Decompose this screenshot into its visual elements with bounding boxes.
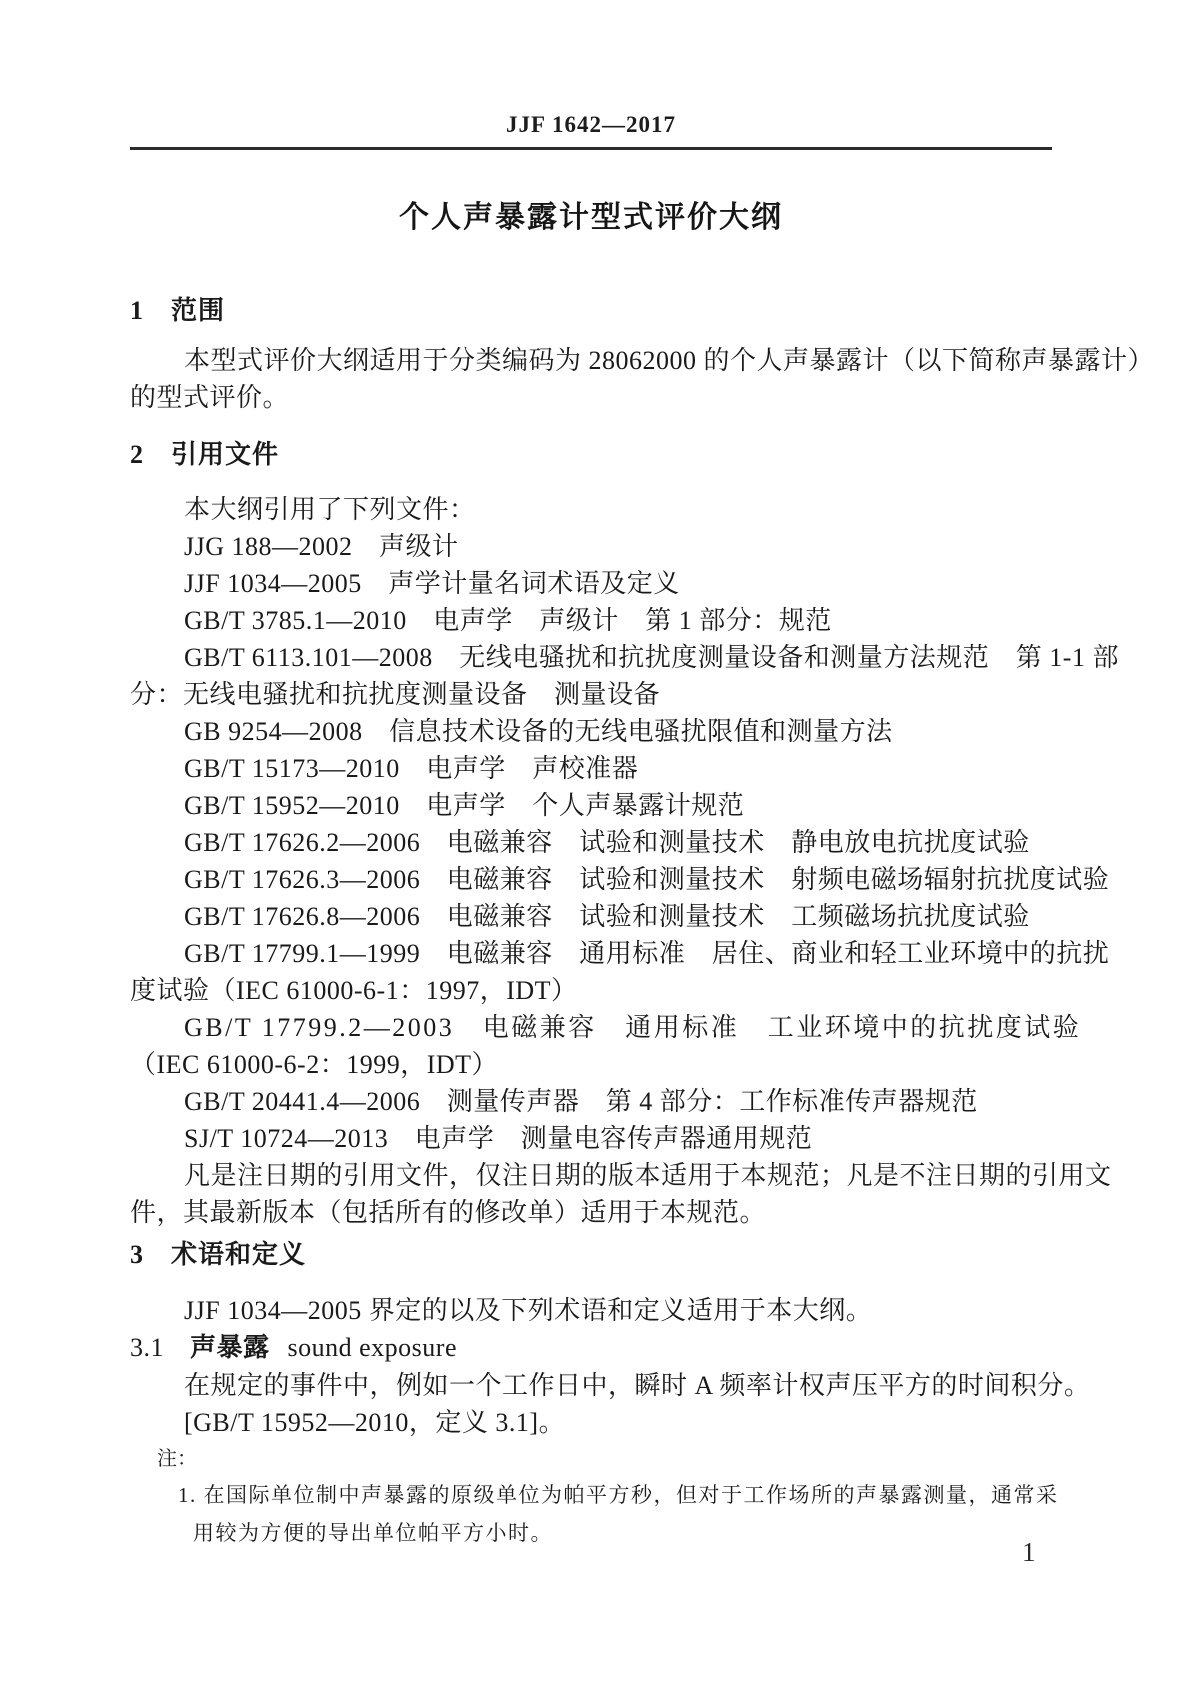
scope-line: 的型式评价。 bbox=[130, 379, 1052, 416]
document-page: JJF 1642—2017 个人声暴露计型式评价大纲 1范围 本型式评价大纲适用… bbox=[0, 0, 1191, 1684]
references-intro: 本大纲引用了下列文件： bbox=[130, 491, 1052, 528]
reference-line: SJ/T 10724—2013 电声学 测量电容传声器通用规范 bbox=[130, 1120, 1052, 1157]
section-3-label: 术语和定义 bbox=[171, 1240, 306, 1270]
section-1-heading: 1范围 bbox=[130, 296, 1052, 326]
term-number: 3.1 bbox=[130, 1333, 164, 1362]
section-3-number: 3 bbox=[130, 1240, 143, 1269]
reference-line-continuation: （IEC 61000-6-2：1999，IDT） bbox=[130, 1046, 1052, 1083]
term-definition: 在规定的事件中，例如一个工作日中，瞬时 A 频率计权声压平方的时间积分。 bbox=[130, 1367, 1052, 1404]
reference-line-continuation: 分：无线电骚扰和抗扰度测量设备 测量设备 bbox=[130, 676, 1052, 713]
reference-line: GB 9254—2008 信息技术设备的无线电骚扰限值和测量方法 bbox=[130, 713, 1052, 750]
document-title: 个人声暴露计型式评价大纲 bbox=[130, 200, 1052, 236]
reference-line-continuation: 度试验（IEC 61000-6-1：1997，IDT） bbox=[130, 972, 1052, 1009]
reference-line: GB/T 17626.8—2006 电磁兼容 试验和测量技术 工频磁场抗扰度试验 bbox=[130, 898, 1052, 935]
page-content: JJF 1642—2017 个人声暴露计型式评价大纲 1范围 本型式评价大纲适用… bbox=[130, 0, 1052, 1552]
term-3-1-line: 3.1声暴露sound exposure bbox=[130, 1329, 1052, 1367]
reference-line: GB/T 20441.4—2006 测量传声器 第 4 部分：工作标准传声器规范 bbox=[130, 1083, 1052, 1120]
note-label: 注： bbox=[157, 1442, 1052, 1476]
section-1-number: 1 bbox=[130, 296, 143, 325]
term-chinese: 声暴露 bbox=[190, 1333, 270, 1363]
terms-intro: JJF 1034—2005 界定的以及下列术语和定义适用于本大纲。 bbox=[130, 1292, 1052, 1329]
references-dated-note: 凡是注日期的引用文件，仅注日期的版本适用于本规范；凡是不注日期的引用文 bbox=[130, 1157, 1052, 1194]
note-line: 1. 在国际单位制中声暴露的原级单位为帕平方秒，但对于工作场所的声暴露测量，通常… bbox=[178, 1476, 1052, 1514]
section-2-heading: 2引用文件 bbox=[130, 440, 1052, 470]
references-dated-note-continuation: 件，其最新版本（包括所有的修改单）适用于本规范。 bbox=[130, 1194, 1052, 1231]
section-3-heading: 3术语和定义 bbox=[130, 1240, 1052, 1270]
section-2-number: 2 bbox=[130, 440, 143, 469]
term-source: [GB/T 15952—2010，定义 3.1]。 bbox=[130, 1404, 1052, 1441]
reference-line: GB/T 3785.1—2010 电声学 声级计 第 1 部分：规范 bbox=[130, 602, 1052, 639]
note-line-continuation: 用较为方便的导出单位帕平方小时。 bbox=[193, 1514, 1052, 1552]
section-1-label: 范围 bbox=[171, 296, 225, 326]
reference-line: GB/T 17799.1—1999 电磁兼容 通用标准 居住、商业和轻工业环境中… bbox=[130, 935, 1052, 972]
reference-line: GB/T 17626.3—2006 电磁兼容 试验和测量技术 射频电磁场辐射抗扰… bbox=[130, 861, 1052, 898]
page-number: 1 bbox=[1022, 1537, 1036, 1567]
term-english: sound exposure bbox=[288, 1333, 457, 1362]
scope-line: 本型式评价大纲适用于分类编码为 28062000 的个人声暴露计（以下简称声暴露… bbox=[130, 342, 1052, 379]
section-2-label: 引用文件 bbox=[171, 440, 279, 470]
document-code-header: JJF 1642—2017 bbox=[130, 0, 1052, 136]
reference-line: JJF 1034—2005 声学计量名词术语及定义 bbox=[130, 565, 1052, 602]
reference-line: GB/T 17799.2—2003 电磁兼容 通用标准 工业环境中的抗扰度试验 bbox=[130, 1009, 1052, 1046]
reference-line: GB/T 6113.101—2008 无线电骚扰和抗扰度测量设备和测量方法规范 … bbox=[130, 639, 1052, 676]
reference-line: JJG 188—2002 声级计 bbox=[130, 528, 1052, 565]
reference-line: GB/T 15173—2010 电声学 声校准器 bbox=[130, 750, 1052, 787]
reference-line: GB/T 15952—2010 电声学 个人声暴露计规范 bbox=[130, 787, 1052, 824]
header-rule bbox=[130, 147, 1052, 150]
reference-line: GB/T 17626.2—2006 电磁兼容 试验和测量技术 静电放电抗扰度试验 bbox=[130, 824, 1052, 861]
